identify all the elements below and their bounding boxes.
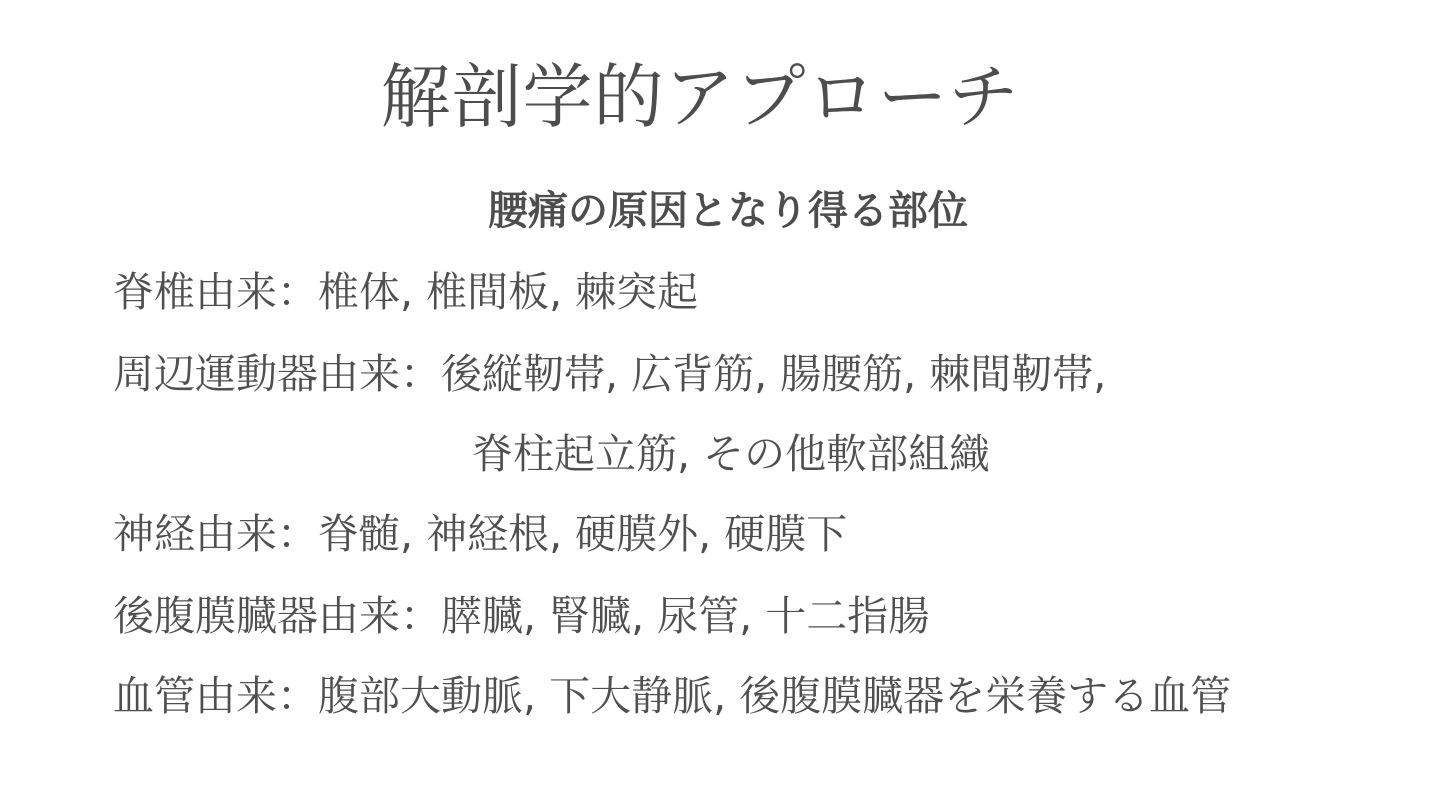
row-items: 腹部大動脈, 下大静脈, 後腹膜臓器を栄養する血管 [318,672,1231,720]
row-label: 後腹膜臓器由来 [113,592,400,640]
row-separator: ： [277,510,318,558]
slide-subtitle: 腰痛の原因となり得る部位 [0,184,1440,238]
slide: 解剖学的アプローチ 腰痛の原因となり得る部位 脊椎由来：椎体, 椎間板, 棘突起… [0,0,1440,810]
slide-title: 解剖学的アプローチ [0,52,1400,142]
row-items-continuation: 脊柱起立筋, その他軟部組織 [472,430,990,478]
row-separator: ： [277,268,318,316]
list-item-vascular: 血管由来：腹部大動脈, 下大静脈, 後腹膜臓器を栄養する血管 [113,668,1231,724]
list-item-musculoskeletal: 周辺運動器由来：後縦靭帯, 広背筋, 腸腰筋, 棘間靭帯, [113,346,1106,402]
list-item-neural: 神経由来：脊髄, 神経根, 硬膜外, 硬膜下 [113,506,847,562]
list-item-spine: 脊椎由来：椎体, 椎間板, 棘突起 [113,264,698,320]
row-separator: ： [277,672,318,720]
row-label: 血管由来 [113,672,277,720]
list-item-retroperitoneal: 後腹膜臓器由来：膵臓, 腎臓, 尿管, 十二指腸 [113,588,929,644]
row-items: 膵臓, 腎臓, 尿管, 十二指腸 [441,592,929,640]
row-separator: ： [400,592,441,640]
row-items: 椎体, 椎間板, 棘突起 [318,268,698,316]
row-label: 脊椎由来 [113,268,277,316]
row-items: 後縦靭帯, 広背筋, 腸腰筋, 棘間靭帯, [441,350,1106,398]
list-item-musculoskeletal-continuation: 脊柱起立筋, その他軟部組織 [472,426,990,482]
row-separator: ： [400,350,441,398]
row-label: 神経由来 [113,510,277,558]
row-items: 脊髄, 神経根, 硬膜外, 硬膜下 [318,510,847,558]
row-label: 周辺運動器由来 [113,350,400,398]
